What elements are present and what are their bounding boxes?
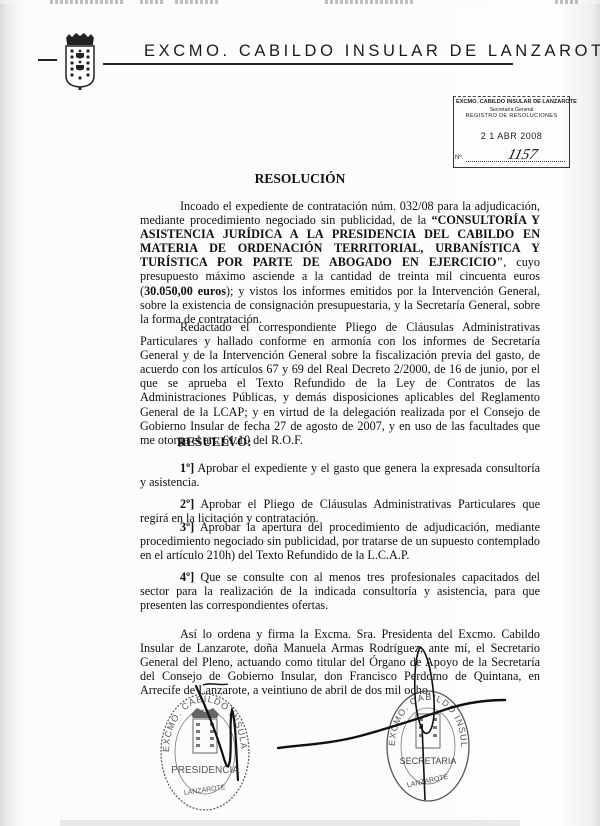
- stamp-registry: REGISTRO DE RESOLUCIONES: [454, 113, 569, 119]
- p2-text: Redactado el correspondiente Pliego de C…: [140, 320, 540, 447]
- stamp-institution: EXCMO. CABILDO INSULAR DE LANZAROTE: [456, 99, 577, 105]
- stamp-number-label: Nº.: [455, 155, 463, 161]
- item-text: Aprobar el expediente y el gasto que gen…: [140, 461, 540, 489]
- item-number: 2º]: [180, 497, 194, 511]
- seal-bottom-text: LANZAROTE: [184, 784, 227, 797]
- seal-bottom-text: LANZAROTE: [406, 774, 449, 790]
- svg-text:EXCMO. CABILDO INSULAR DE: EXCMO. CABILDO INSULAR DE: [155, 688, 249, 752]
- resolution-item-1: 1º] Aprobar el expediente y el gasto que…: [140, 461, 540, 489]
- item-number: 3º]: [180, 520, 194, 534]
- coat-of-arms-icon: [62, 32, 98, 90]
- closing-text: Así lo ordena y firma la Excma. Sra. Pre…: [140, 627, 540, 697]
- item-number: 1º]: [180, 461, 194, 475]
- secretary-seal: EXCMO. CABILDO INSULAR DE SECRETARIA LAN…: [383, 686, 473, 806]
- presidency-seal: EXCMO. CABILDO INSULAR DE PRESIDENCIA LA…: [155, 688, 255, 816]
- svg-text:EXCMO. CABILDO INSULAR DE: EXCMO. CABILDO INSULAR DE: [383, 686, 469, 748]
- p1-amount: 30.050,00 euros: [144, 284, 226, 298]
- stamp-date: 2 1 ABR 2008: [454, 131, 569, 141]
- header-rule: [103, 63, 513, 65]
- header-dash: [38, 59, 57, 61]
- register-stamp: EXCMO. CABILDO INSULAR DE LANZAROTE Secr…: [453, 96, 570, 168]
- item-text: Aprobar la apertura del procedimiento de…: [140, 520, 540, 562]
- seal-center-text: SECRETARIA: [400, 756, 457, 766]
- fax-header-strip: [0, 0, 600, 4]
- seal-ring-text: EXCMO. CABILDO INSULAR DE: [155, 688, 249, 752]
- paragraph-incoado: Incoado el expediente de contratación nú…: [140, 199, 540, 326]
- item-text: Que se consulte con al menos tres profes…: [140, 570, 540, 612]
- document-title: RESOLUCIÓN: [0, 171, 600, 187]
- seal-ring-text: EXCMO. CABILDO INSULAR DE: [383, 686, 469, 748]
- seal-center-text: PRESIDENCIA: [171, 765, 239, 776]
- scan-artifact: [60, 820, 520, 826]
- closing-paragraph: Así lo ordena y firma la Excma. Sra. Pre…: [140, 627, 540, 697]
- paragraph-redactado: Redactado el correspondiente Pliego de C…: [140, 320, 540, 447]
- resuelvo-heading: RESUELVO:: [177, 434, 251, 450]
- document-page: EXCMO. CABILDO INSULAR DE LANZAROTE EXCM…: [0, 0, 600, 826]
- item-number: 4º]: [180, 570, 194, 584]
- institution-title: EXCMO. CABILDO INSULAR DE LANZAROTE: [144, 42, 514, 61]
- resolution-item-4: 4º] Que se consulte con al menos tres pr…: [140, 570, 540, 612]
- stamp-number: 1157: [506, 147, 539, 164]
- resolution-item-3: 3º] Aprobar la apertura del procedimient…: [140, 520, 540, 562]
